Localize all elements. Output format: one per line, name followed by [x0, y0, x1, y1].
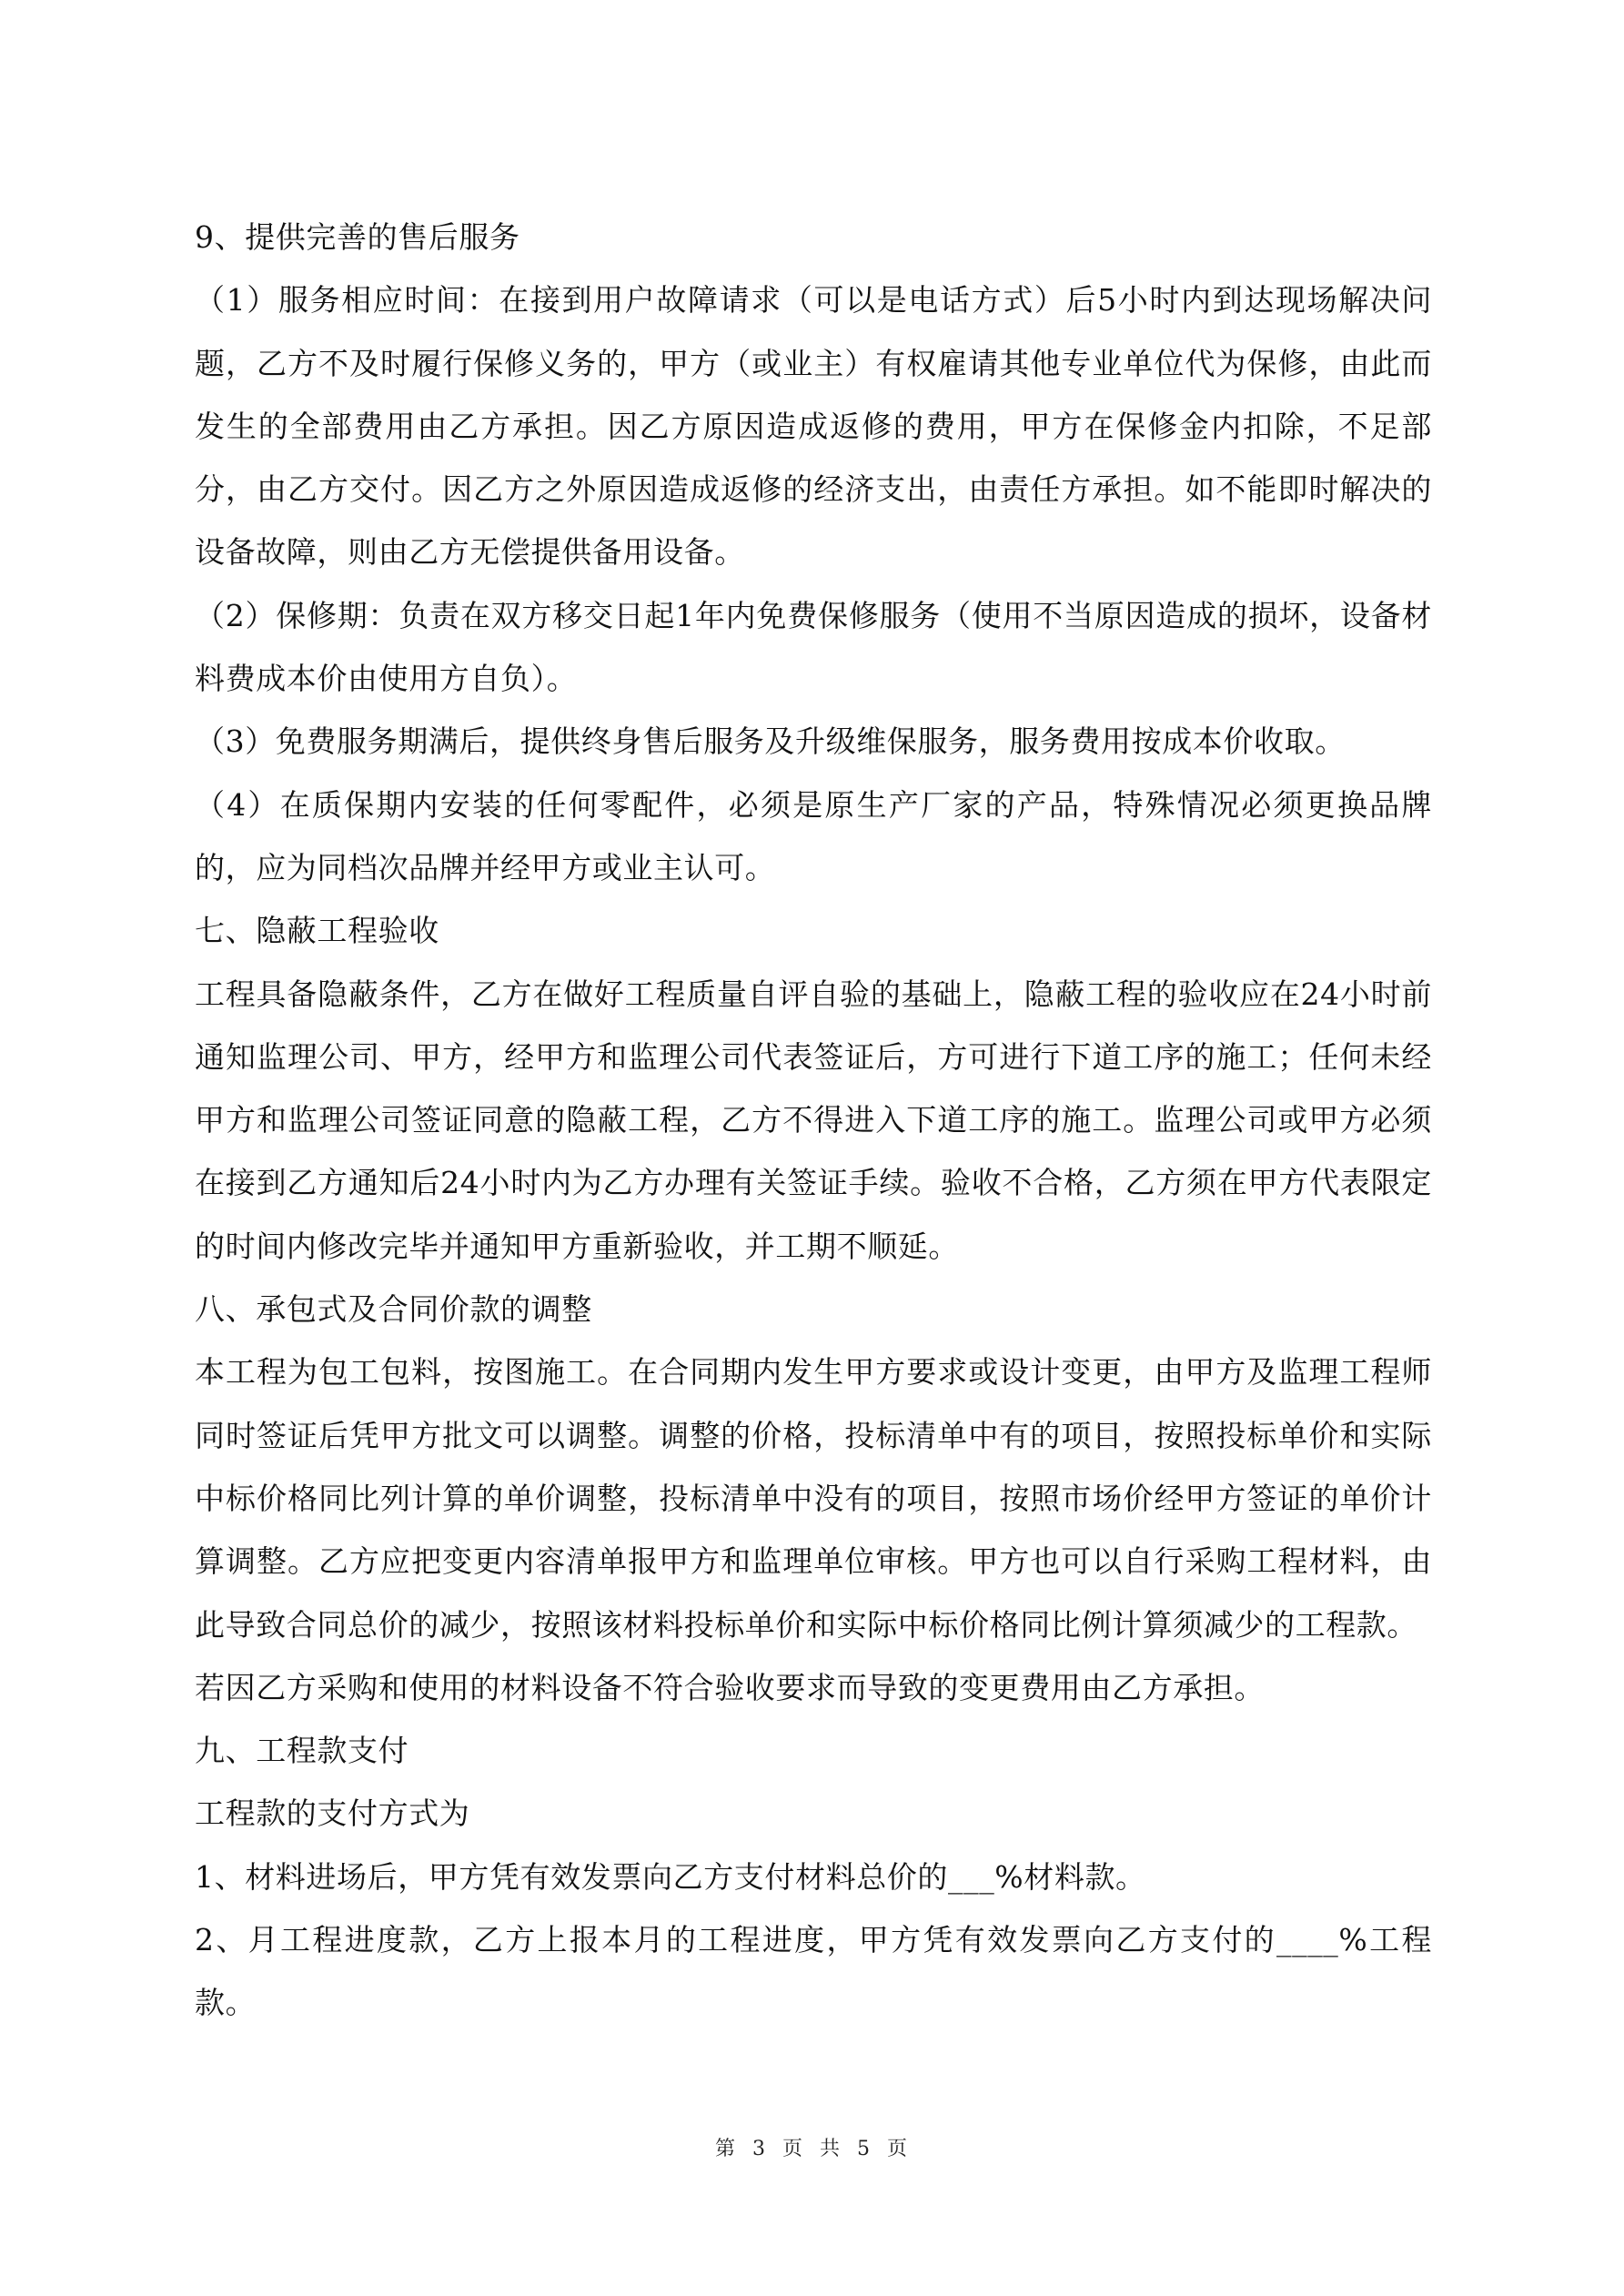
paragraph-spare-parts: （4）在质保期内安装的任何零配件，必须是原生产厂家的产品，特殊情况必须更换品牌的…	[195, 774, 1432, 900]
paragraph-payment-progress: 2、月工程进度款，乙方上报本月的工程进度，甲方凭有效发票向乙方支付的____%工…	[195, 1908, 1432, 2035]
section-heading-payment: 九、工程款支付	[195, 1719, 1432, 1782]
paragraph-warranty-period: （2）保修期：负责在双方移交日起1年内免费保修服务（使用不当原因造成的损坏，设备…	[195, 584, 1432, 711]
document-body: 9、提供完善的售后服务 （1）服务相应时间：在接到用户故障请求（可以是电话方式）…	[195, 206, 1432, 2035]
paragraph-paid-service: （3）免费服务期满后，提供终身售后服务及升级维保服务，服务费用按成本价收取。	[195, 710, 1432, 773]
paragraph-payment-materials: 1、材料进场后，甲方凭有效发票向乙方支付材料总价的___%材料款。	[195, 1846, 1432, 1908]
document-page: 9、提供完善的售后服务 （1）服务相应时间：在接到用户故障请求（可以是电话方式）…	[0, 0, 1624, 2296]
section-heading-concealed-works: 七、隐蔽工程验收	[195, 899, 1432, 962]
paragraph-price-adjustment: 本工程为包工包料，按图施工。在合同期内发生甲方要求或设计变更，由甲方及监理工程师…	[195, 1340, 1432, 1655]
paragraph-response-time: （1）服务相应时间：在接到用户故障请求（可以是电话方式）后5小时内到达现场解决问…	[195, 268, 1432, 583]
paragraph-payment-method: 工程款的支付方式为	[195, 1782, 1432, 1845]
section-heading-price-adjustment: 八、承包式及合同价款的调整	[195, 1278, 1432, 1340]
paragraph-concealed-works: 工程具备隐蔽条件，乙方在做好工程质量自评自验的基础上，隐蔽工程的验收应在24小时…	[195, 963, 1432, 1278]
section-heading-after-sales: 9、提供完善的售后服务	[195, 206, 1432, 268]
page-number-footer: 第 3 页 共 5 页	[0, 2133, 1624, 2161]
paragraph-variation-cost: 若因乙方采购和使用的材料设备不符合验收要求而导致的变更费用由乙方承担。	[195, 1656, 1432, 1719]
